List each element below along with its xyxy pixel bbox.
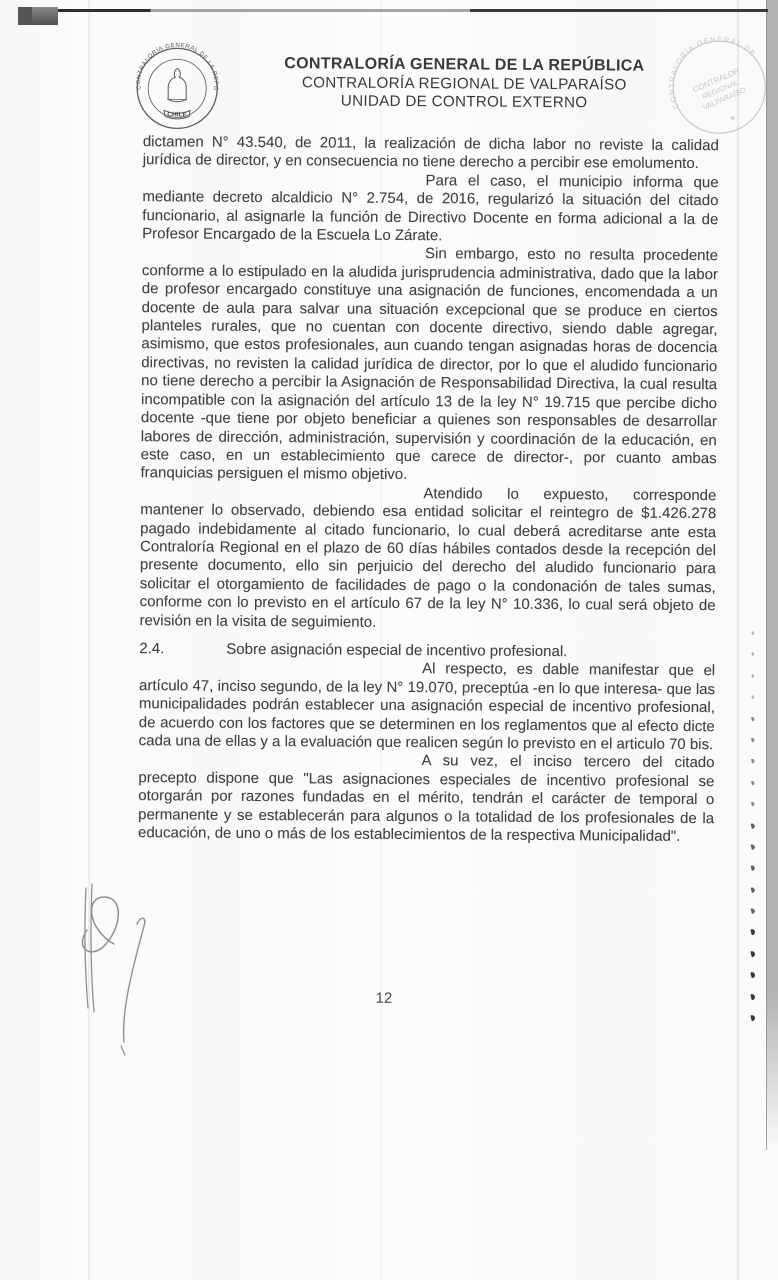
binding-marks: [751, 630, 755, 1036]
section-number: 2.4.: [139, 640, 226, 659]
document-text: dictamen N° 43.540, de 2011, la realizac…: [138, 133, 719, 846]
stamp-star-icon: ✶: [727, 112, 738, 124]
org-name: CONTRALORÍA GENERAL DE LA REPÚBLICA: [233, 55, 695, 77]
page-body: CONTRALORÍA GENERAL DE LA REPÚBLICA CHIL…: [0, 0, 778, 1280]
institution-seal-icon: CONTRALORÍA GENERAL DE LA REPÚBLICA CHIL…: [131, 42, 224, 139]
paragraph: Para el caso, el municipio informa que m…: [142, 170, 718, 248]
paragraph: dictamen N° 43.540, de 2011, la realizac…: [143, 133, 719, 174]
handwritten-signature: [58, 868, 188, 1058]
unit-name: UNIDAD DE CONTROL EXTERNO: [233, 92, 695, 114]
page-number: 12: [294, 989, 474, 1007]
paragraph: Al respecto, es dable manifestar que el …: [139, 659, 716, 755]
regional-stamp: CONTRALORÍA GENERAL DE CONTRALOR REGIONA…: [662, 26, 777, 149]
paragraph: Atendido lo expuesto, corresponde manten…: [139, 483, 716, 634]
regional-office: CONTRALORÍA REGIONAL DE VALPARAÍSO: [233, 73, 695, 95]
letterhead: CONTRALORÍA GENERAL DE LA REPÚBLICA CONT…: [233, 55, 695, 114]
scanned-page: CONTRALORÍA GENERAL DE LA REPÚBLICA CHIL…: [0, 0, 778, 1280]
seal-banner-text: CHILE: [167, 111, 187, 118]
paragraph: A su vez, el inciso tercero del citado p…: [138, 751, 715, 847]
paragraph: Sin embargo, esto no resulta procedente …: [140, 244, 718, 487]
section-title: Sobre asignación especial de incentivo p…: [226, 641, 567, 662]
